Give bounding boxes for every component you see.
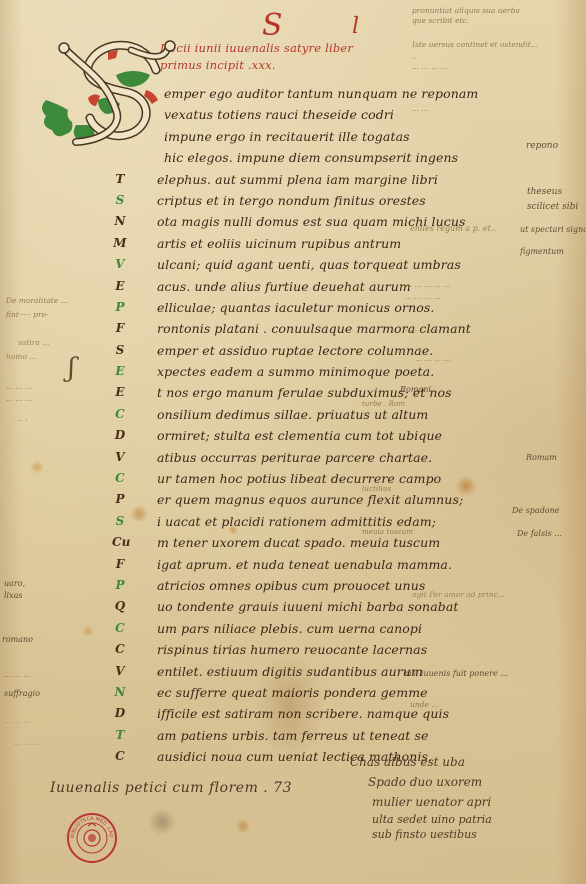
text-line: Eacus. unde alius furtiue deuehat aurum: [112, 279, 422, 300]
marginal-gloss: ··· ··· ···: [6, 384, 32, 394]
text-line: Consilium dedimus sillae. priuatus ut al…: [112, 407, 422, 428]
rubric-ascender: l: [352, 14, 359, 39]
text-line: hic elegos. impune diem consumpserit ing…: [112, 150, 422, 171]
marginal-gloss: ʃ: [68, 362, 75, 374]
marginal-gloss: satira ...: [18, 338, 49, 348]
line-initial: D: [112, 706, 128, 720]
line-initial: F: [112, 557, 128, 571]
text-line: vexatus totiens rauci theseide codri: [112, 107, 422, 128]
text-line: Cum tener uxorem ducat spado. meuia tusc…: [112, 535, 422, 556]
marginal-gloss: ·· ·: [18, 416, 28, 426]
line-initial: V: [112, 450, 128, 464]
library-stamp-icon: BIBLIOTECA MED. LAUR. FIRENZE: [66, 812, 118, 864]
line-initial: E: [112, 279, 128, 293]
bottom-right-note: Chas albus est uba Spado duo uxorem muli…: [350, 752, 492, 842]
line-initial: E: [112, 364, 128, 378]
marginal-gloss: ··· ··· ···: [6, 396, 32, 406]
note-line: Chas albus est uba: [350, 752, 492, 772]
interlinear-gloss: meuia tuscum: [362, 528, 413, 536]
interlinear-gloss: luctilius: [362, 485, 391, 493]
marginal-gloss: ··· ··· ··· ···: [415, 356, 451, 366]
line-text: impune ergo in recitauerit ille togatas: [164, 129, 410, 144]
text-line: Crispinus tirias humero reuocante lacern…: [112, 642, 422, 663]
line-initial: P: [112, 578, 128, 592]
rubric-ascender: S: [262, 8, 283, 43]
line-initial: F: [112, 321, 128, 335]
line-text: atricios omnes opibus cum prouocet unus: [157, 578, 425, 593]
line-initial: C: [112, 471, 128, 485]
line-initial: D: [112, 428, 128, 442]
note-line: sub finsto uestibus: [350, 827, 492, 842]
stain: [82, 625, 94, 637]
marginal-gloss: De falsis ...: [517, 528, 562, 540]
line-initial: S: [112, 343, 128, 357]
marginal-gloss: figmentum: [520, 246, 564, 258]
text-line: Tam patiens urbis. tam ferreus ut teneat…: [112, 728, 422, 749]
marginal-gloss: ··· ··· ···: [4, 672, 30, 682]
marginal-gloss: suffragio: [4, 688, 40, 700]
text-line: Expectes eadem a summo minimoque poeta.: [112, 364, 422, 385]
line-initial: E: [112, 385, 128, 399]
bottom-shelfmark-note: Iuuenalis petici cum florem . 73: [50, 780, 292, 796]
text-line: Nec sufferre queat maioris pondera gemme: [112, 685, 422, 706]
line-text: ulcani; quid agant uenti, quas torqueat …: [157, 257, 461, 272]
line-initial: S: [112, 514, 128, 528]
line-text: elephus. aut summi plena iam margine lib…: [157, 172, 438, 187]
marginal-gloss: ··· ··· ··· ···: [412, 64, 448, 74]
stain: [30, 460, 44, 474]
line-initial: C: [112, 621, 128, 635]
marginal-gloss: ut spectari signo: [520, 224, 586, 236]
text-line: Cum pars niliace plebis. cum uerna canop…: [112, 621, 422, 642]
line-text: ormiret; stulta est clementia cum tot ub…: [157, 428, 442, 443]
line-initial: Cu: [112, 535, 128, 549]
line-text: ifficile est satiram non scribere. namqu…: [157, 706, 449, 721]
line-initial: P: [112, 300, 128, 314]
line-text: atibus occurras periturae parcere charta…: [157, 450, 432, 465]
line-initial: C: [112, 642, 128, 656]
line-text: i uacat et placidi rationem admittitis e…: [157, 514, 436, 529]
line-initial: N: [112, 685, 128, 699]
text-line: Scriptus et in tergo nondum finitus ores…: [112, 193, 422, 214]
marginal-gloss: Romani: [400, 384, 431, 396]
line-text: hic elegos. impune diem consumpserit ing…: [164, 150, 458, 165]
line-text: rispinus tirias humero reuocante lacerna…: [157, 642, 427, 657]
marginal-gloss: ··· ··· ···: [4, 718, 30, 728]
rubric-line-2: primus incipit .xxx.: [160, 57, 353, 74]
marginal-gloss: homo ...: [6, 352, 37, 362]
line-text: emper ego auditor tantum nunquam ne repo…: [164, 86, 478, 101]
line-initial: N: [112, 214, 128, 228]
line-text: er quem magnus equos aurunce flexit alum…: [157, 492, 463, 507]
line-text: emper et assiduo ruptae lectore columnae…: [157, 343, 433, 358]
marginal-gloss: pronuntiat aliquis sua uerba: [412, 6, 520, 16]
marginal-gloss: romano: [2, 634, 33, 646]
main-text-block: emper ego auditor tantum nunquam ne repo…: [112, 86, 422, 771]
marginal-gloss: ··· ··· ···: [14, 740, 40, 750]
marginal-gloss: nisi iuuenis fuit ponere ...: [404, 668, 508, 680]
marginal-gloss: scilicet sibi: [527, 201, 578, 213]
marginal-gloss: lixas: [4, 590, 23, 602]
marginal-gloss: uaro,: [4, 578, 25, 590]
marginal-gloss: ...: [412, 52, 419, 62]
line-initial: T: [112, 172, 128, 186]
text-line: Quo tondente grauis iuueni michi barba s…: [112, 599, 422, 620]
line-initial: S: [112, 193, 128, 207]
line-text: uo tondente grauis iuueni michi barba so…: [157, 599, 459, 614]
marginal-gloss: De spadone: [512, 505, 560, 517]
marginal-gloss: De moralitate ...: [6, 296, 68, 306]
line-text: elliculae; quantas iaculetur monicus orn…: [157, 300, 434, 315]
line-initial: V: [112, 664, 128, 678]
rubric-heading: Decii iunii iuuenalis satyre liber primu…: [160, 40, 353, 74]
line-text: ur tamen hoc potius libeat decurrere cam…: [157, 471, 441, 486]
line-text: criptus et in tergo nondum finitus orest…: [157, 193, 426, 208]
text-line: Pelliculae; quantas iaculetur monicus or…: [112, 300, 422, 321]
text-line: Vatibus occurras periturae parcere chart…: [112, 450, 422, 471]
note-line: Spado duo uxorem: [350, 772, 492, 792]
marginal-gloss: que scribit etc.: [412, 16, 469, 26]
line-text: onsilium dedimus sillae. priuatus ut alt…: [157, 407, 428, 422]
text-line: Martis et eoliis uicinum rupibus antrum: [112, 236, 422, 257]
text-line: Ventilet. estiuum digitis sudantibus aur…: [112, 664, 422, 685]
line-text: artis et eoliis uicinum rupibus antrum: [157, 236, 401, 251]
marginal-gloss: theseus: [527, 186, 562, 198]
manuscript-page: S l Decii iunii iuuenalis satyre liber p…: [0, 0, 586, 884]
marginal-gloss: enlies regum a p. et..: [410, 224, 496, 234]
line-text: am patiens urbis. tam ferreus ut teneat …: [157, 728, 428, 743]
line-text: m tener uxorem ducat spado. meuia tuscum: [157, 535, 440, 550]
marginal-gloss: Romam: [526, 452, 557, 464]
marginal-gloss: Iste uersus continet et ostendit...: [412, 40, 538, 50]
text-line: Patricios omnes opibus cum prouocet unus: [112, 578, 422, 599]
text-line: Frontonis platani . conuulsaque marmora …: [112, 321, 422, 342]
text-line: Semper et assiduo ruptae lectore columna…: [112, 343, 422, 364]
rubric-line-1: Decii iunii iuuenalis satyre liber: [160, 41, 353, 55]
marginal-gloss: repono: [526, 140, 558, 152]
line-initial: C: [112, 749, 128, 763]
line-initial: M: [112, 236, 128, 250]
text-line: Per quem magnus equos aurunce flexit alu…: [112, 492, 422, 513]
text-line: Vulcani; quid agant uenti, quas torqueat…: [112, 257, 422, 278]
page-edge-left: [0, 0, 22, 884]
marginal-gloss: ··· ···: [412, 106, 429, 116]
marginal-gloss: ··· ··· ··· ···: [405, 326, 441, 336]
marginal-gloss: unde ...: [410, 700, 438, 710]
line-text: um pars niliace plebis. cum uerna canopi: [157, 621, 422, 636]
note-line: ulta sedet uino patria: [350, 812, 492, 827]
line-text: acus. unde alius furtiue deuehat aurum: [157, 279, 411, 294]
text-line: impune ergo in recitauerit ille togatas: [112, 129, 422, 150]
marginal-gloss: ··· ··· ··· ··· ···: [405, 282, 450, 292]
stain: [236, 818, 250, 834]
marginal-gloss: fint····· pro·: [6, 310, 48, 320]
text-line: Figat aprum. et nuda teneat uenabula mam…: [112, 557, 422, 578]
note-line: mulier uenator apri: [350, 792, 492, 812]
text-line: Dormiret; stulta est clementia cum tot u…: [112, 428, 422, 449]
line-initial: V: [112, 257, 128, 271]
text-line: Nota magis nulli domus est sua quam mich…: [112, 214, 422, 235]
line-initial: C: [112, 407, 128, 421]
line-initial: P: [112, 492, 128, 506]
line-text: ec sufferre queat maioris pondera gemme: [157, 685, 428, 700]
marginal-gloss: agit Per amor ad princ...: [412, 590, 505, 600]
line-text: igat aprum. et nuda teneat uenabula mamm…: [157, 557, 452, 572]
line-text: xpectes eadem a summo minimoque poeta.: [157, 364, 434, 379]
marginal-gloss: ··· ··· ··· ···: [405, 294, 441, 304]
line-initial: T: [112, 728, 128, 742]
page-edge-right: [556, 0, 586, 884]
text-line: Telephus. aut summi plena iam margine li…: [112, 172, 422, 193]
text-line: emper ego auditor tantum nunquam ne repo…: [112, 86, 422, 107]
line-text: vexatus totiens rauci theseide codri: [164, 107, 394, 122]
text-line: Difficile est satiram non scribere. namq…: [112, 706, 422, 727]
line-initial: Q: [112, 599, 128, 613]
interlinear-gloss: turbe . Rom: [362, 400, 405, 408]
line-text: entilet. estiuum digitis sudantibus auru…: [157, 664, 423, 679]
stain: [148, 808, 176, 836]
